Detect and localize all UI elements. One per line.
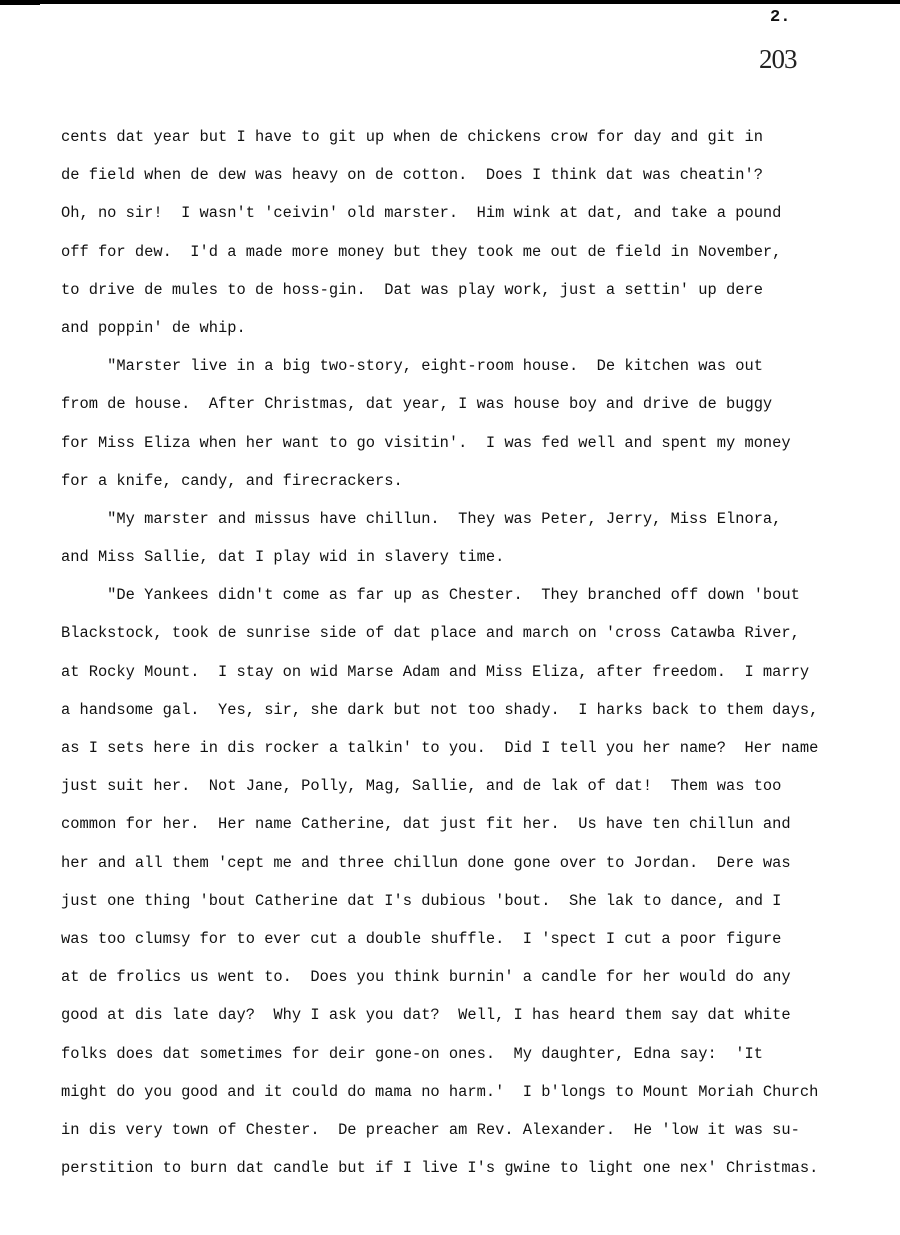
text-line: de field when de dew was heavy on de cot… bbox=[61, 156, 861, 194]
scan-top-border bbox=[0, 0, 900, 4]
text-line: to drive de mules to de hoss-gin. Dat wa… bbox=[61, 271, 861, 309]
text-line: as I sets here in dis rocker a talkin' t… bbox=[61, 729, 861, 767]
text-line: Blackstock, took de sunrise side of dat … bbox=[61, 614, 861, 652]
text-line: for a knife, candy, and firecrackers. bbox=[61, 462, 861, 500]
text-line: and poppin' de whip. bbox=[61, 309, 861, 347]
text-line: just suit her. Not Jane, Polly, Mag, Sal… bbox=[61, 767, 861, 805]
text-line: perstition to burn dat candle but if I l… bbox=[61, 1149, 861, 1187]
text-line: "My marster and missus have chillun. The… bbox=[61, 500, 861, 538]
text-line: good at dis late day? Why I ask you dat?… bbox=[61, 996, 861, 1034]
text-line: might do you good and it could do mama n… bbox=[61, 1073, 861, 1111]
text-line: and Miss Sallie, dat I play wid in slave… bbox=[61, 538, 861, 576]
page-number: 2. bbox=[770, 8, 790, 27]
text-line: from de house. After Christmas, dat year… bbox=[61, 385, 861, 423]
text-line: a handsome gal. Yes, sir, she dark but n… bbox=[61, 691, 861, 729]
text-line: just one thing 'bout Catherine dat I's d… bbox=[61, 882, 861, 920]
text-line: common for her. Her name Catherine, dat … bbox=[61, 805, 861, 843]
text-line: at de frolics us went to. Does you think… bbox=[61, 958, 861, 996]
text-line: in dis very town of Chester. De preacher… bbox=[61, 1111, 861, 1149]
typescript-body: cents dat year but I have to git up when… bbox=[61, 118, 861, 1187]
text-line: off for dew. I'd a made more money but t… bbox=[61, 233, 861, 271]
text-line: for Miss Eliza when her want to go visit… bbox=[61, 424, 861, 462]
text-line: her and all them 'cept me and three chil… bbox=[61, 844, 861, 882]
text-line: was too clumsy for to ever cut a double … bbox=[61, 920, 861, 958]
text-line: cents dat year but I have to git up when… bbox=[61, 118, 861, 156]
text-line: at Rocky Mount. I stay on wid Marse Adam… bbox=[61, 653, 861, 691]
archive-page-number: 203 bbox=[759, 44, 797, 75]
text-line: folks does dat sometimes for deir gone-o… bbox=[61, 1035, 861, 1073]
text-line: "De Yankees didn't come as far up as Che… bbox=[61, 576, 861, 614]
text-line: "Marster live in a big two-story, eight-… bbox=[61, 347, 861, 385]
text-line: Oh, no sir! I wasn't 'ceivin' old marste… bbox=[61, 194, 861, 232]
